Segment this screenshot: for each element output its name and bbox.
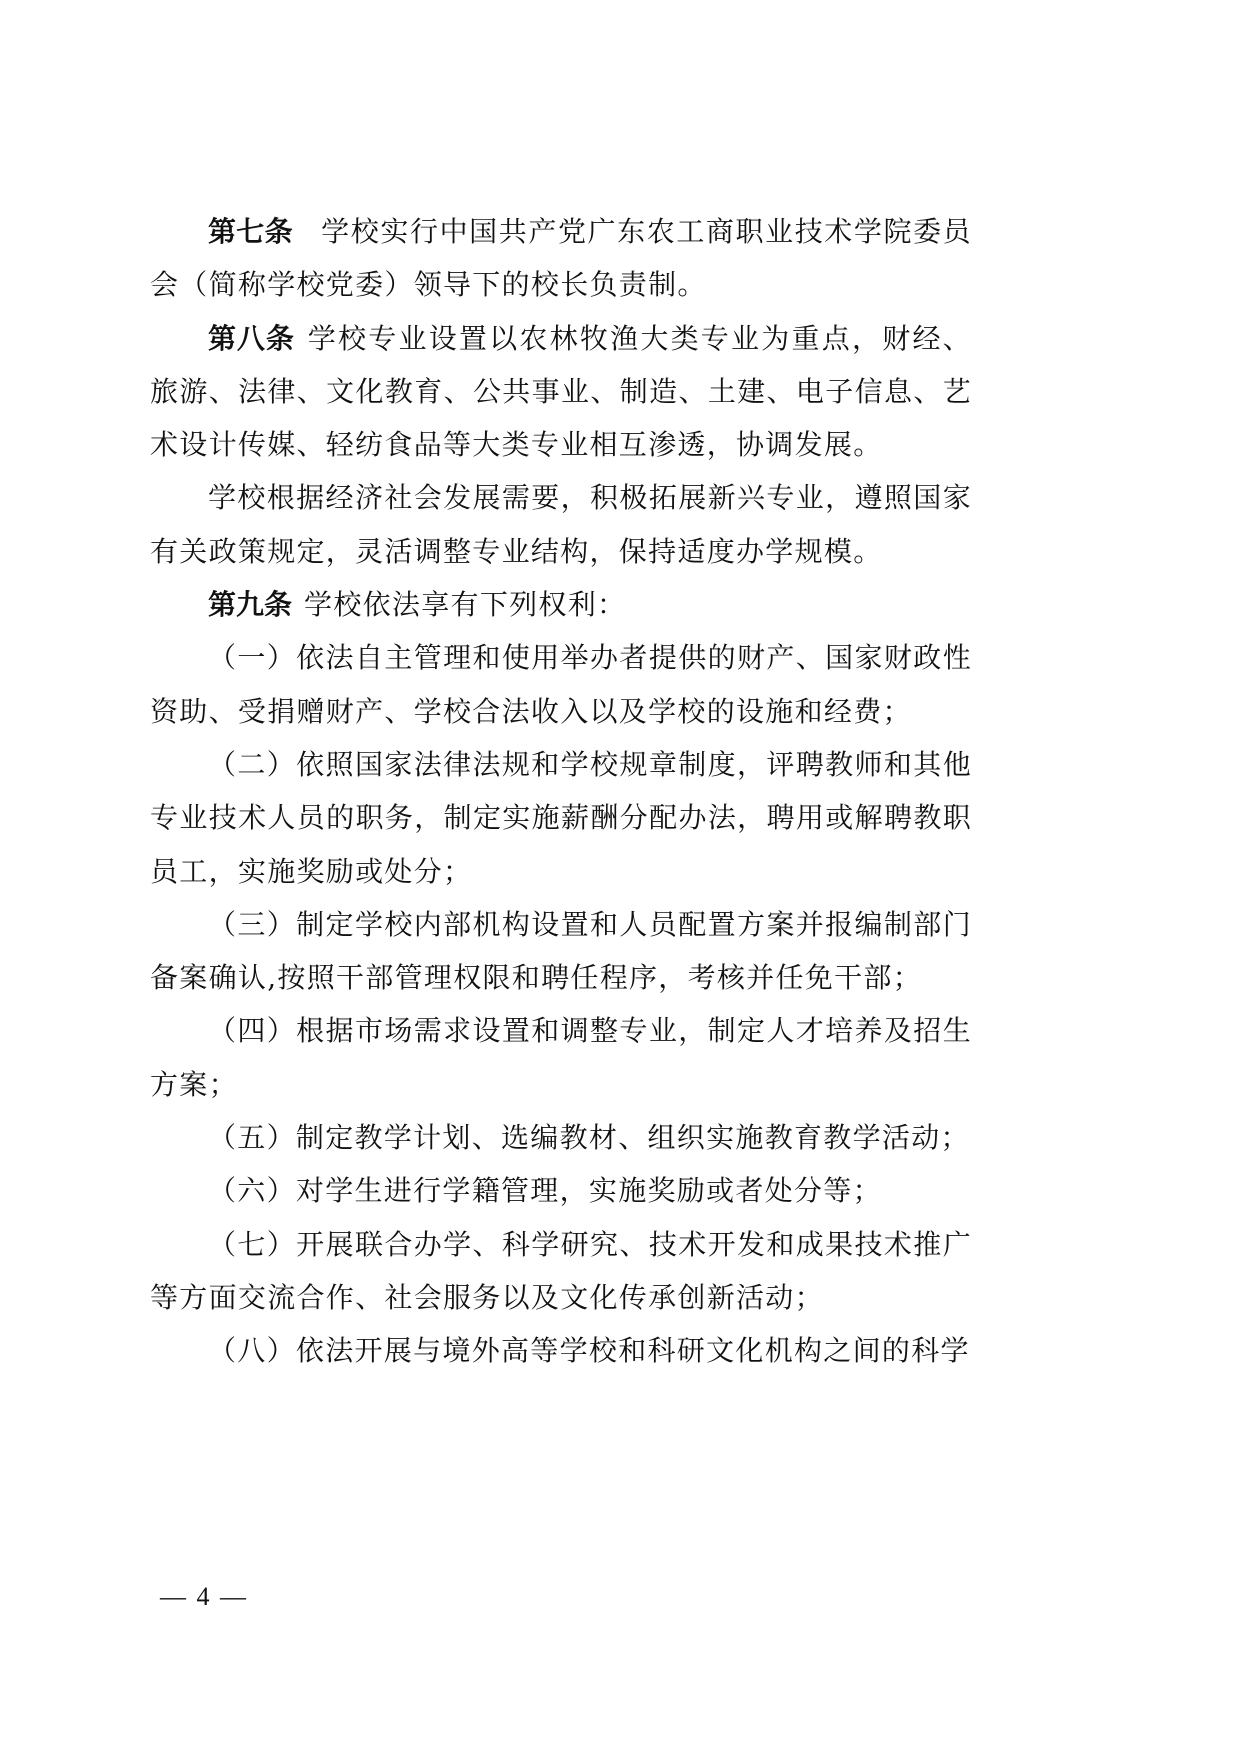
article-9-paragraph: 第九条学校依法享有下列权利：	[150, 578, 972, 631]
right-item-7: （七）开展联合办学、科学研究、技术开发和成果技术推广等方面交流合作、社会服务以及…	[150, 1218, 972, 1325]
right-item-7-text: （七）开展联合办学、科学研究、技术开发和成果技术推广等方面交流合作、社会服务以及…	[150, 1228, 972, 1314]
right-item-8-text: （八）依法开展与境外高等学校和科研文化机构之间的科学	[208, 1334, 970, 1367]
article-8-heading: 第八条	[208, 322, 295, 355]
article-8-paragraph-2: 学校根据经济社会发展需要，积极拓展新兴专业，遵照国家有关政策规定，灵活调整专业结…	[150, 471, 972, 578]
right-item-4: （四）根据市场需求设置和调整专业，制定人才培养及招生方案；	[150, 1004, 972, 1111]
article-9-heading: 第九条	[208, 588, 292, 621]
right-item-1: （一）依法自主管理和使用举办者提供的财产、国家财政性资助、受捐赠财产、学校合法收…	[150, 631, 972, 738]
right-item-1-text: （一）依法自主管理和使用举办者提供的财产、国家财政性资助、受捐赠财产、学校合法收…	[150, 641, 972, 727]
article-8-paragraph: 第八条学校专业设置以农林牧渔大类专业为重点，财经、旅游、法律、文化教育、公共事业…	[150, 312, 972, 472]
article-8-text-2: 学校根据经济社会发展需要，积极拓展新兴专业，遵照国家有关政策规定，灵活调整专业结…	[150, 481, 972, 567]
right-item-4-text: （四）根据市场需求设置和调整专业，制定人才培养及招生方案；	[150, 1014, 972, 1100]
right-item-5: （五）制定教学计划、选编教材、组织实施教育教学活动；	[150, 1111, 972, 1164]
article-7-heading: 第七条	[208, 215, 293, 248]
right-item-6: （六）对学生进行学籍管理，实施奖励或者处分等；	[150, 1164, 972, 1217]
right-item-5-text: （五）制定教学计划、选编教材、组织实施教育教学活动；	[208, 1121, 970, 1154]
article-9-text: 学校依法享有下列权利：	[304, 588, 626, 621]
right-item-3: （三）制定学校内部机构设置和人员配置方案并报编制部门备案确认,按照干部管理权限和…	[150, 898, 972, 1005]
page-number: — 4 —	[160, 1582, 248, 1612]
document-page: 第七条学校实行中国共产党广东农工商职业技术学院委员会（简称学校党委）领导下的校长…	[150, 205, 972, 1378]
right-item-6-text: （六）对学生进行学籍管理，实施奖励或者处分等；	[208, 1174, 882, 1207]
right-item-8: （八）依法开展与境外高等学校和科研文化机构之间的科学	[150, 1324, 972, 1377]
right-item-2: （二）依照国家法律法规和学校规章制度，评聘教师和其他专业技术人员的职务，制定实施…	[150, 738, 972, 898]
right-item-2-text: （二）依照国家法律法规和学校规章制度，评聘教师和其他专业技术人员的职务，制定实施…	[150, 748, 972, 888]
article-7-paragraph: 第七条学校实行中国共产党广东农工商职业技术学院委员会（简称学校党委）领导下的校长…	[150, 205, 972, 312]
right-item-3-text: （三）制定学校内部机构设置和人员配置方案并报编制部门备案确认,按照干部管理权限和…	[150, 908, 972, 994]
